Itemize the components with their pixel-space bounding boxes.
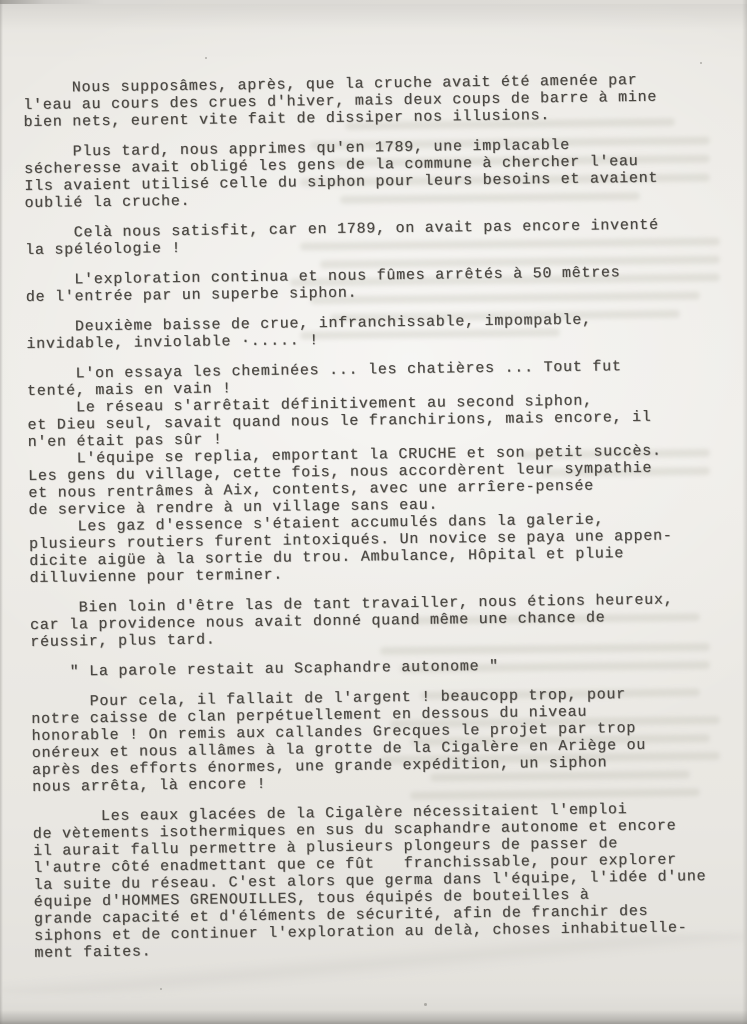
paragraph: Les eaux glacées de la Cigalère nécessit… [33,800,747,962]
paragraph: Pour cela, il fallait de l'argent ! beau… [31,685,747,796]
scanned-page: Nous supposâmes, après, que la cruche av… [0,0,747,1024]
scan-speck-artifact [424,1003,427,1006]
scan-speck-artifact [160,988,162,990]
paragraph: Nous supposâmes, après, que la cruche av… [23,71,740,131]
paragraph: Les gaz d'essence s'étaient accumulés da… [29,510,746,587]
paragraph: Le réseau s'arrêtait définitivement au s… [27,391,744,451]
typed-text-body: Nous supposâmes, après, que la cruche av… [23,71,747,962]
paragraph: Plus tard, nous apprimes qu'en 1789, une… [24,135,741,212]
paragraph: L'équipe se replia, emportant la CRUCHE … [28,442,745,519]
scan-speck-artifact [700,62,702,64]
paragraph: Bien loin d'être las de tant travailler,… [30,591,747,651]
scan-speck-artifact [205,57,207,59]
scan-edge-left-artifact [0,0,3,1024]
scan-edge-top-shadow [0,4,747,30]
scan-edge-bottom-artifact [0,1010,747,1024]
